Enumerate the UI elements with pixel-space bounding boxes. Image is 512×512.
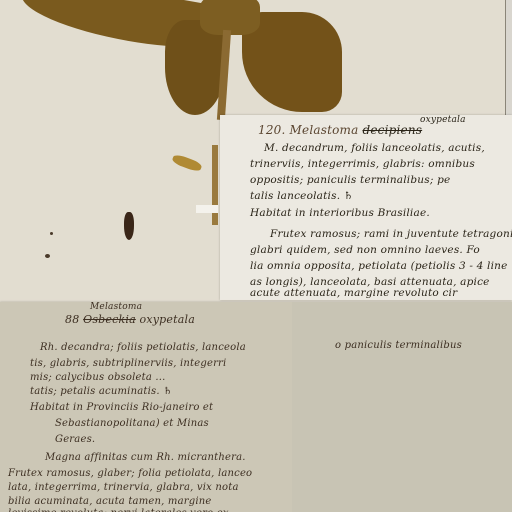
habitat-line: Habitat in interioribus Brasiliae. [250, 207, 430, 219]
text-line: Frutex ramosus; rami in juventute tetrag… [270, 228, 512, 240]
text-line: glabri quidem, sed non omnino laeves. Fo [250, 244, 480, 256]
paper-speck [45, 254, 50, 258]
text-line: talis lanceolatis. ♄ [250, 190, 353, 202]
paper-strap [196, 205, 218, 213]
label-number: 120. [258, 123, 286, 137]
text-line: bilia acuminata, acuta tamen, margine [8, 496, 211, 507]
label-inserted-genus: Melastoma [90, 302, 142, 312]
flower-bud [171, 153, 203, 173]
text-line: trinerviis, integerrimis, glabris: omnib… [250, 158, 475, 170]
label-struck-genus: Osbeckia [83, 313, 136, 326]
label-number: 88 [65, 313, 79, 326]
paper-speck [50, 232, 53, 235]
margin-note: o paniculis terminalibus [335, 340, 462, 351]
herbarium-sheet: 120. Melastoma decipiens oxypetala M. de… [0, 0, 512, 512]
text-line: levissime revoluta; nervi laterales vero… [8, 508, 229, 512]
text-line: Geraes. [55, 434, 95, 445]
text-line: tatis; petalis acuminatis. ♄ [30, 386, 172, 397]
text-line: oppositis; paniculis terminalibus; pe [250, 174, 450, 186]
text-line: Frutex ramosus, glaber; folia petiolata,… [8, 468, 252, 479]
text-line: Magna affinitas cum Rh. micranthera. [45, 452, 246, 463]
text-line: M. decandrum, foliis lanceolatis, acutis… [264, 142, 485, 154]
frame-edge [505, 0, 512, 115]
stem-lower [212, 145, 218, 225]
determination-label-lower: Melastoma 88 Osbeckia oxypetala Rh. deca… [0, 302, 512, 512]
text-line: mis; calycibus obsoleta ... [30, 372, 166, 383]
text-line: acute attenuata, margine revoluto cir [250, 287, 457, 299]
determination-label-upper: 120. Melastoma decipiens oxypetala M. de… [220, 115, 512, 300]
label-struck-epithet: decipiens [362, 123, 422, 137]
label-genus: Melastoma [290, 123, 359, 137]
text-line: tis, glabris, subtriplinerviis, integerr… [30, 358, 226, 369]
label-inserted-epithet: oxypetala [420, 115, 466, 125]
habitat-line: Habitat in Provinciis Rio-janeiro et [30, 402, 213, 413]
text-line: lia omnia opposita, petiolata (petiolis … [250, 260, 508, 272]
specimen-fragment [124, 212, 134, 240]
label-species: oxypetala [140, 313, 195, 326]
text-line: Sebastianopolitana) et Minas [55, 418, 209, 429]
text-line: Rh. decandra; foliis petiolatis, lanceol… [40, 342, 246, 353]
text-line: lata, integerrima, trinervia, glabra, vi… [8, 482, 239, 493]
